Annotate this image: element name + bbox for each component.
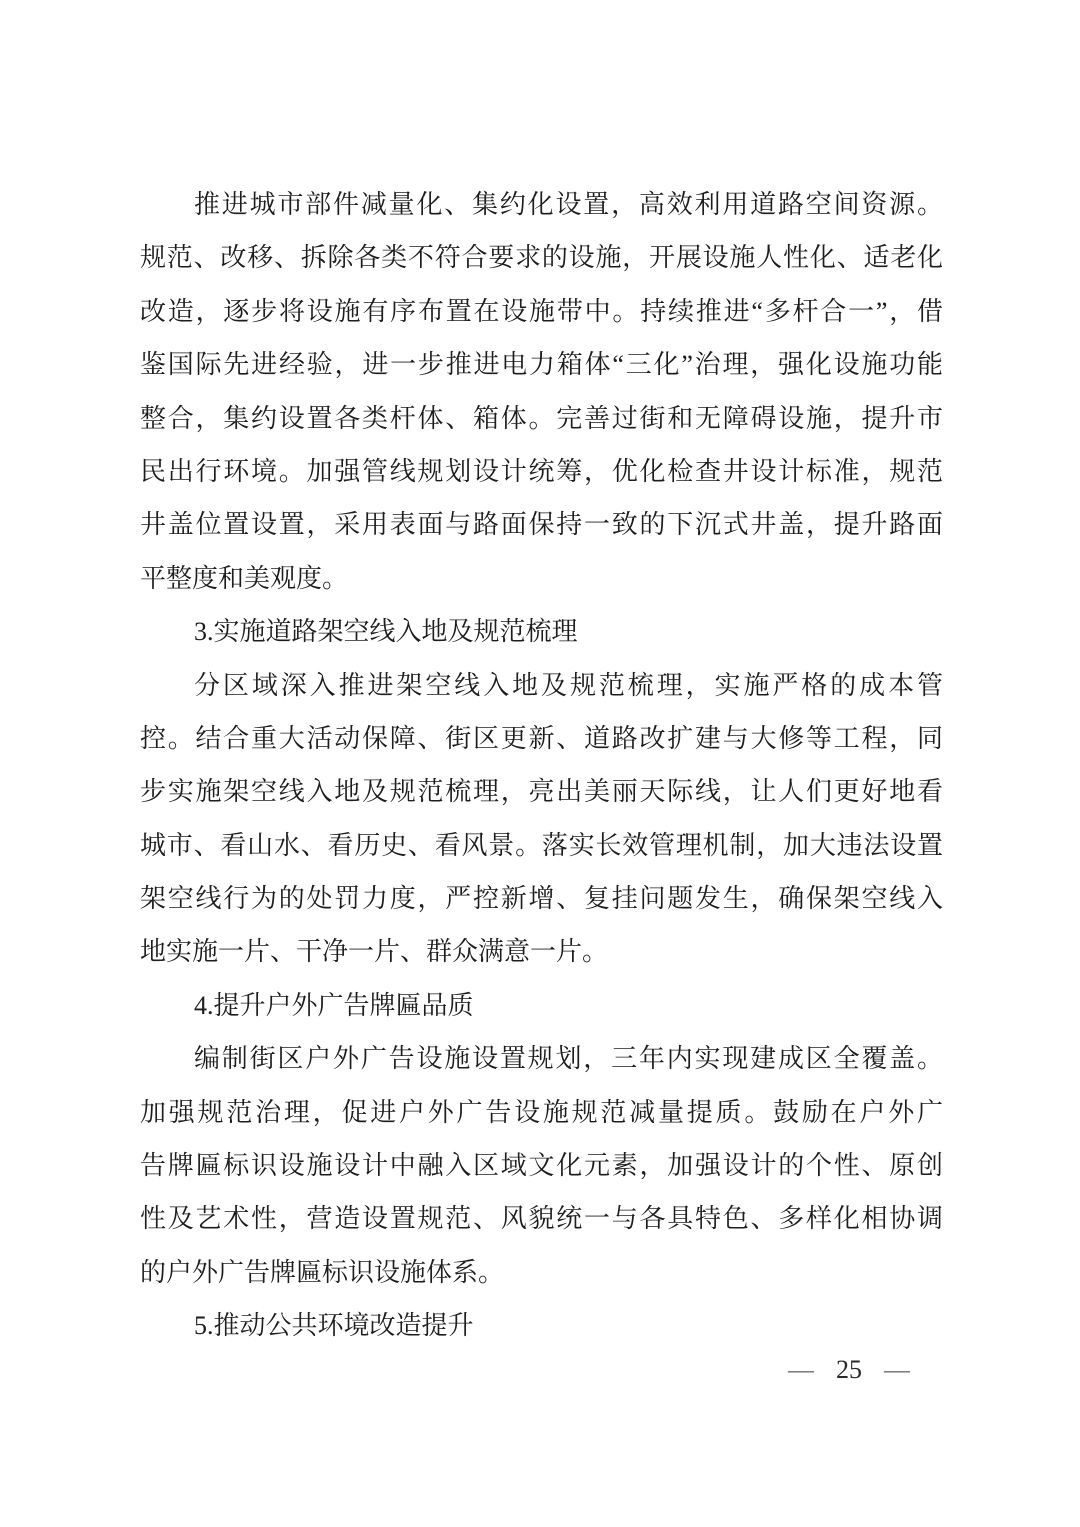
section-heading-5: 5.推动公共环境改造提升 — [140, 1299, 943, 1352]
paragraph-line: 分区域深入推进架空线入地及规范梳理，实施严格的成本管 — [140, 659, 943, 712]
document-page: 推进城市部件减量化、集约化设置，高效利用道路空间资源。 规范、改移、拆除各类不符… — [0, 0, 1080, 1527]
page-number: 25 — [836, 1356, 862, 1384]
page-footer: — 25 — — [788, 1356, 910, 1384]
paragraph-line: 民出行环境。加强管线规划设计统筹，优化检查井设计标准，规范 — [140, 445, 943, 498]
paragraph-line: 整合，集约设置各类杆体、箱体。完善过街和无障碍设施，提升市 — [140, 392, 943, 445]
paragraph-line: 鉴国际先进经验，进一步推进电力箱体“三化”治理，强化设施功能 — [140, 338, 943, 391]
footer-right-dash: — — [884, 1356, 910, 1384]
section-heading-4: 4.提升户外广告牌匾品质 — [140, 979, 943, 1032]
paragraph-line: 井盖位置设置，采用表面与路面保持一致的下沉式井盖，提升路面 — [140, 498, 943, 551]
paragraph-line: 架空线行为的处罚力度，严控新增、复挂问题发生，确保架空线入 — [140, 872, 943, 925]
paragraph-line: 规范、改移、拆除各类不符合要求的设施，开展设施人性化、适老化 — [140, 231, 943, 284]
paragraph-line-end: 的户外广告牌匾标识设施体系。 — [140, 1246, 943, 1299]
paragraph-line: 性及艺术性，营造设置规范、风貌统一与各具特色、多样化相协调 — [140, 1192, 943, 1245]
paragraph-line: 步实施架空线入地及规范梳理，亮出美丽天际线，让人们更好地看 — [140, 765, 943, 818]
paragraph-line-end: 平整度和美观度。 — [140, 552, 943, 605]
paragraph-line: 城市、看山水、看历史、看风景。落实长效管理机制，加大违法设置 — [140, 819, 943, 872]
paragraph-line: 推进城市部件减量化、集约化设置，高效利用道路空间资源。 — [140, 178, 943, 231]
section-heading-3: 3.实施道路架空线入地及规范梳理 — [140, 605, 943, 658]
paragraph-line: 加强规范治理，促进户外广告设施规范减量提质。鼓励在户外广 — [140, 1086, 943, 1139]
document-text-block: 推进城市部件减量化、集约化设置，高效利用道路空间资源。 规范、改移、拆除各类不符… — [140, 178, 943, 1353]
footer-left-dash: — — [788, 1356, 814, 1384]
paragraph-line: 改造，逐步将设施有序布置在设施带中。持续推进“多杆合一”，借 — [140, 285, 943, 338]
paragraph-line-end: 地实施一片、干净一片、群众满意一片。 — [140, 925, 943, 978]
paragraph-line: 编制街区户外广告设施设置规划，三年内实现建成区全覆盖。 — [140, 1032, 943, 1085]
paragraph-line: 控。结合重大活动保障、街区更新、道路改扩建与大修等工程，同 — [140, 712, 943, 765]
paragraph-line: 告牌匾标识设施设计中融入区域文化元素，加强设计的个性、原创 — [140, 1139, 943, 1192]
